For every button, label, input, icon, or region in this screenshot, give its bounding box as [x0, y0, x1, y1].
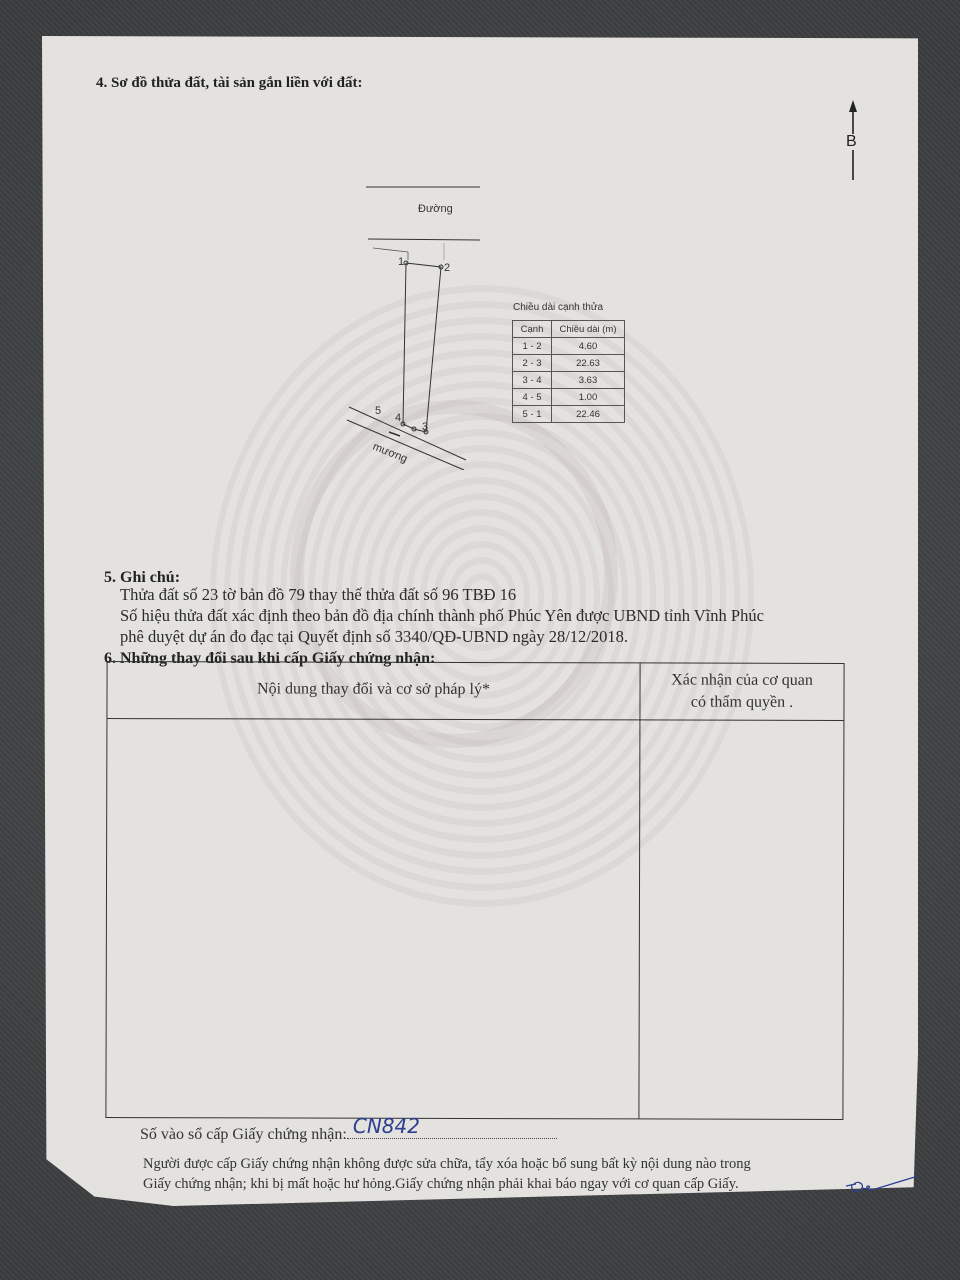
edge-row: 1 - 24.60 — [513, 338, 625, 355]
edge-row: 5 - 122.46 — [513, 406, 625, 423]
note-line-1: Thửa đất số 23 tờ bản đồ 79 thay thế thử… — [120, 585, 516, 605]
note-line-3: phê duyệt dự án đo đạc tại Quyết định số… — [120, 627, 628, 647]
parcel-diagram — [340, 180, 480, 470]
point-label-1: 1 — [398, 256, 404, 268]
length-col-header: Chiều dài (m) — [552, 321, 625, 338]
point-label-5: 5 — [375, 405, 381, 417]
point-label-3: 3 — [422, 421, 428, 433]
authority-header-line2: có thẩm quyền . — [640, 691, 843, 714]
edge-col-header: Cạnh — [513, 321, 552, 338]
authority-confirmation-header: Xác nhận của cơ quan có thẩm quyền . — [640, 669, 843, 714]
registry-value: CN842 — [353, 1114, 420, 1138]
changes-content-header: Nội dung thay đổi và cơ sở pháp lý* — [108, 680, 640, 699]
changes-table: Nội dung thay đổi và cơ sở pháp lý* Xác … — [105, 661, 844, 1120]
length-cell: 4.60 — [552, 338, 625, 355]
length-cell: 1.00 — [552, 389, 625, 406]
edge-cell: 2 - 3 — [513, 355, 552, 372]
section4-title: 4. Sơ đồ thửa đất, tài sản gắn liền với … — [96, 75, 363, 92]
changes-column-divider — [638, 663, 640, 1118]
warning-line-2: Giấy chứng nhận; khi bị mất hoặc hư hỏng… — [143, 1176, 739, 1193]
registry-number-row: Số vào sổ cấp Giấy chứng nhận: CN842 — [140, 1124, 557, 1144]
edge-cell: 5 - 1 — [513, 406, 552, 423]
edge-cell: 3 - 4 — [513, 372, 552, 389]
warning-line-1: Người được cấp Giấy chứng nhận không đượ… — [143, 1156, 751, 1173]
point-label-2: 2 — [444, 262, 450, 274]
edge-row: 4 - 51.00 — [513, 389, 625, 406]
length-cell: 22.46 — [552, 406, 625, 423]
north-label: B — [846, 134, 857, 150]
edge-length-table: Cạnh Chiều dài (m) 1 - 24.602 - 322.633 … — [512, 320, 625, 423]
signature-mark — [842, 1172, 922, 1196]
edge-cell: 1 - 2 — [513, 338, 552, 355]
edge-row: 2 - 322.63 — [513, 355, 625, 372]
edge-row: 3 - 43.63 — [513, 372, 625, 389]
note-line-2: Số hiệu thửa đất xác định theo bản đồ đị… — [120, 606, 764, 626]
authority-header-line1: Xác nhận của cơ quan — [641, 669, 844, 692]
edge-cell: 4 - 5 — [513, 389, 552, 406]
road-label: Đường — [418, 203, 453, 215]
edge-table-caption: Chiều dài cạnh thửa — [513, 302, 603, 313]
point-label-4: 4 — [395, 412, 401, 424]
length-cell: 22.63 — [552, 355, 625, 372]
registry-label: Số vào sổ cấp Giấy chứng nhận: — [140, 1126, 347, 1143]
length-cell: 3.63 — [552, 372, 625, 389]
